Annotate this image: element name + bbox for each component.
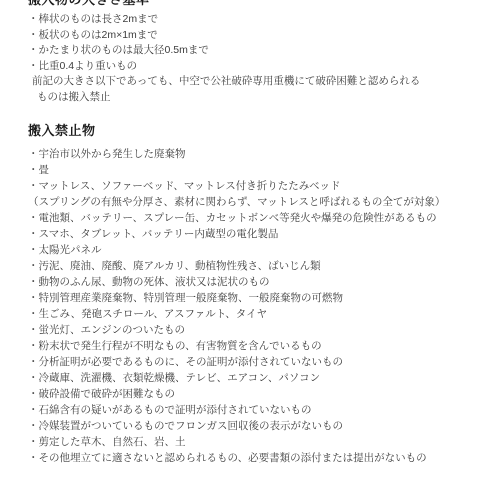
- prohibited-item-text: 冷媒装置がついているものでフロンガス回収後の表示がないもの: [39, 420, 344, 432]
- bullet-dot: ・: [28, 29, 39, 41]
- prohibited-item-text: 剪定した草木、自然石、岩、土: [39, 436, 186, 448]
- prohibited-items-list: ・宇治市以外から発生した廃棄物 ・畳 ・マットレス、ソファーベッド、マットレス付…: [28, 146, 474, 466]
- bullet-dot: ・: [28, 180, 39, 192]
- size-rule-text: 板状のものは2m×1mまで: [39, 29, 158, 41]
- document-page: 搬入物の大きさ基準 ・棒状のものは長さ2mまで ・板状のものは2m×1mまで ・…: [0, 0, 500, 466]
- size-rule-text: かたまり状のものは最大径0.5mまで: [39, 44, 209, 56]
- prohibited-item: ・特別管理産業廃棄物、特別管理一般廃棄物、一般廃棄物の可燃物: [28, 290, 474, 306]
- prohibited-item-text: 太陽光パネル: [39, 244, 102, 256]
- prohibited-item: ・分析証明が必要であるものに、その証明が添付されていないもの: [28, 354, 474, 370]
- prohibited-item-text: 汚泥、廃油、廃酸、廃アルカリ、動植物性残さ、ばいじん類: [39, 260, 321, 272]
- prohibited-item: ・破砕設備で破砕が困難なもの: [28, 386, 474, 402]
- prohibited-item-text: （スプリングの有無や分厚さ、素材に関わらず、マットレスと呼ばれるもの全てが対象）: [28, 196, 445, 208]
- bullet-dot: ・: [28, 356, 39, 368]
- bullet-dot: ・: [28, 436, 39, 448]
- prohibited-item-text: 畳: [39, 164, 50, 176]
- prohibited-item-text: 生ごみ、発砲スチロール、アスファルト、タイヤ: [39, 308, 268, 320]
- size-rule-item: ・かたまり状のものは最大径0.5mまで: [28, 43, 474, 59]
- prohibited-item: ・太陽光パネル: [28, 242, 474, 258]
- prohibited-item: ・粉末状で発生行程が不明なもの、有害物質を含んでいるもの: [28, 338, 474, 354]
- bullet-dot: ・: [28, 452, 39, 464]
- size-rule-item: ・板状のものは2m×1mまで: [28, 28, 474, 44]
- bullet-dot: ・: [28, 13, 39, 25]
- bullet-dot: ・: [28, 60, 39, 72]
- bullet-dot: ・: [28, 292, 39, 304]
- prohibited-item: ・スマホ、タブレット、バッテリー内蔵型の電化製品: [28, 226, 474, 242]
- size-standards-list: ・棒状のものは長さ2mまで ・板状のものは2m×1mまで ・かたまり状のものは最…: [28, 12, 474, 106]
- bullet-dot: ・: [28, 228, 39, 240]
- prohibited-item-text: 石綿含有の疑いがあるもので証明が添付されていないもの: [39, 404, 312, 416]
- prohibited-item-text: 分析証明が必要であるものに、その証明が添付されていないもの: [39, 356, 344, 368]
- prohibited-item-text: 粉末状で発生行程が不明なもの、有害物質を含んでいるもの: [39, 340, 322, 352]
- prohibited-item: ・宇治市以外から発生した廃棄物: [28, 146, 474, 162]
- size-rule-note-line1: 前記の大きさ以下であっても、中空で公社破砕専用重機にて破砕困難と認められる: [28, 74, 474, 90]
- bullet-dot: ・: [28, 244, 39, 256]
- size-rule-item: ・比重0.4より重いもの: [28, 59, 474, 75]
- prohibited-item: ・蛍光灯、エンジンのついたもの: [28, 322, 474, 338]
- bullet-dot: ・: [28, 324, 39, 336]
- prohibited-item-text: 特別管理産業廃棄物、特別管理一般廃棄物、一般廃棄物の可燃物: [39, 292, 344, 304]
- prohibited-item: ・畳: [28, 162, 474, 178]
- prohibited-item: ・冷媒装置がついているものでフロンガス回収後の表示がないもの: [28, 418, 474, 434]
- bullet-dot: ・: [28, 164, 39, 176]
- prohibited-item-text: スマホ、タブレット、バッテリー内蔵型の電化製品: [39, 228, 279, 240]
- prohibited-item: ・剪定した草木、自然石、岩、土: [28, 434, 474, 450]
- prohibited-item-text: 電池類、バッテリー、スプレー缶、カセットボンベ等発火や爆発の危険性があるもの: [39, 212, 437, 224]
- size-rule-item: ・棒状のものは長さ2mまで: [28, 12, 474, 28]
- bullet-dot: ・: [28, 404, 39, 416]
- size-standards-heading: 搬入物の大きさ基準: [28, 0, 474, 7]
- prohibited-item-text: 冷蔵庫、洗濯機、衣類乾燥機、テレビ、エアコン、パソコン: [39, 372, 321, 384]
- prohibited-item-text: マットレス、ソファーベッド、マットレス付き折りたたみベッド: [39, 180, 341, 192]
- bullet-dot: ・: [28, 212, 39, 224]
- prohibited-item-note: （スプリングの有無や分厚さ、素材に関わらず、マットレスと呼ばれるもの全てが対象）: [28, 194, 474, 210]
- prohibited-item-text: 宇治市以外から発生した廃棄物: [39, 148, 186, 160]
- bullet-dot: ・: [28, 260, 39, 272]
- prohibited-item: ・生ごみ、発砲スチロール、アスファルト、タイヤ: [28, 306, 474, 322]
- size-rule-text: 比重0.4より重いもの: [39, 60, 138, 72]
- size-rule-note-text: ものは搬入禁止: [37, 91, 111, 103]
- bullet-dot: ・: [28, 388, 39, 400]
- prohibited-item: ・電池類、バッテリー、スプレー缶、カセットボンベ等発火や爆発の危険性があるもの: [28, 210, 474, 226]
- prohibited-item-text: 動物のふん尿、動物の死体、液状又は泥状のもの: [39, 276, 270, 288]
- prohibited-item: ・その他埋立てに適さないと認められるもの、必要書類の添付または提出がないもの: [28, 450, 474, 466]
- bullet-dot: ・: [28, 420, 39, 432]
- bullet-dot: ・: [28, 340, 39, 352]
- bullet-dot: ・: [28, 308, 39, 320]
- bullet-dot: ・: [28, 44, 39, 56]
- prohibited-item: ・冷蔵庫、洗濯機、衣類乾燥機、テレビ、エアコン、パソコン: [28, 370, 474, 386]
- prohibited-item-text: 蛍光灯、エンジンのついたもの: [39, 324, 185, 336]
- bullet-dot: ・: [28, 372, 39, 384]
- prohibited-item-text: その他埋立てに適さないと認められるもの、必要書類の添付または提出がないもの: [39, 452, 427, 464]
- prohibited-item: ・汚泥、廃油、廃酸、廃アルカリ、動植物性残さ、ばいじん類: [28, 258, 474, 274]
- size-rule-note-line2: ものは搬入禁止: [28, 90, 474, 106]
- prohibited-items-heading: 搬入禁止物: [28, 123, 474, 138]
- bullet-dot: ・: [28, 276, 39, 288]
- size-rule-text: 棒状のものは長さ2mまで: [39, 13, 159, 25]
- size-rule-note-text: 前記の大きさ以下であっても、中空で公社破砕専用重機にて破砕困難と認められる: [32, 75, 420, 87]
- prohibited-item: ・動物のふん尿、動物の死体、液状又は泥状のもの: [28, 274, 474, 290]
- bullet-dot: ・: [28, 148, 39, 160]
- prohibited-item-text: 破砕設備で破砕が困難なもの: [39, 388, 176, 400]
- prohibited-item: ・マットレス、ソファーベッド、マットレス付き折りたたみベッド: [28, 178, 474, 194]
- prohibited-item: ・石綿含有の疑いがあるもので証明が添付されていないもの: [28, 402, 474, 418]
